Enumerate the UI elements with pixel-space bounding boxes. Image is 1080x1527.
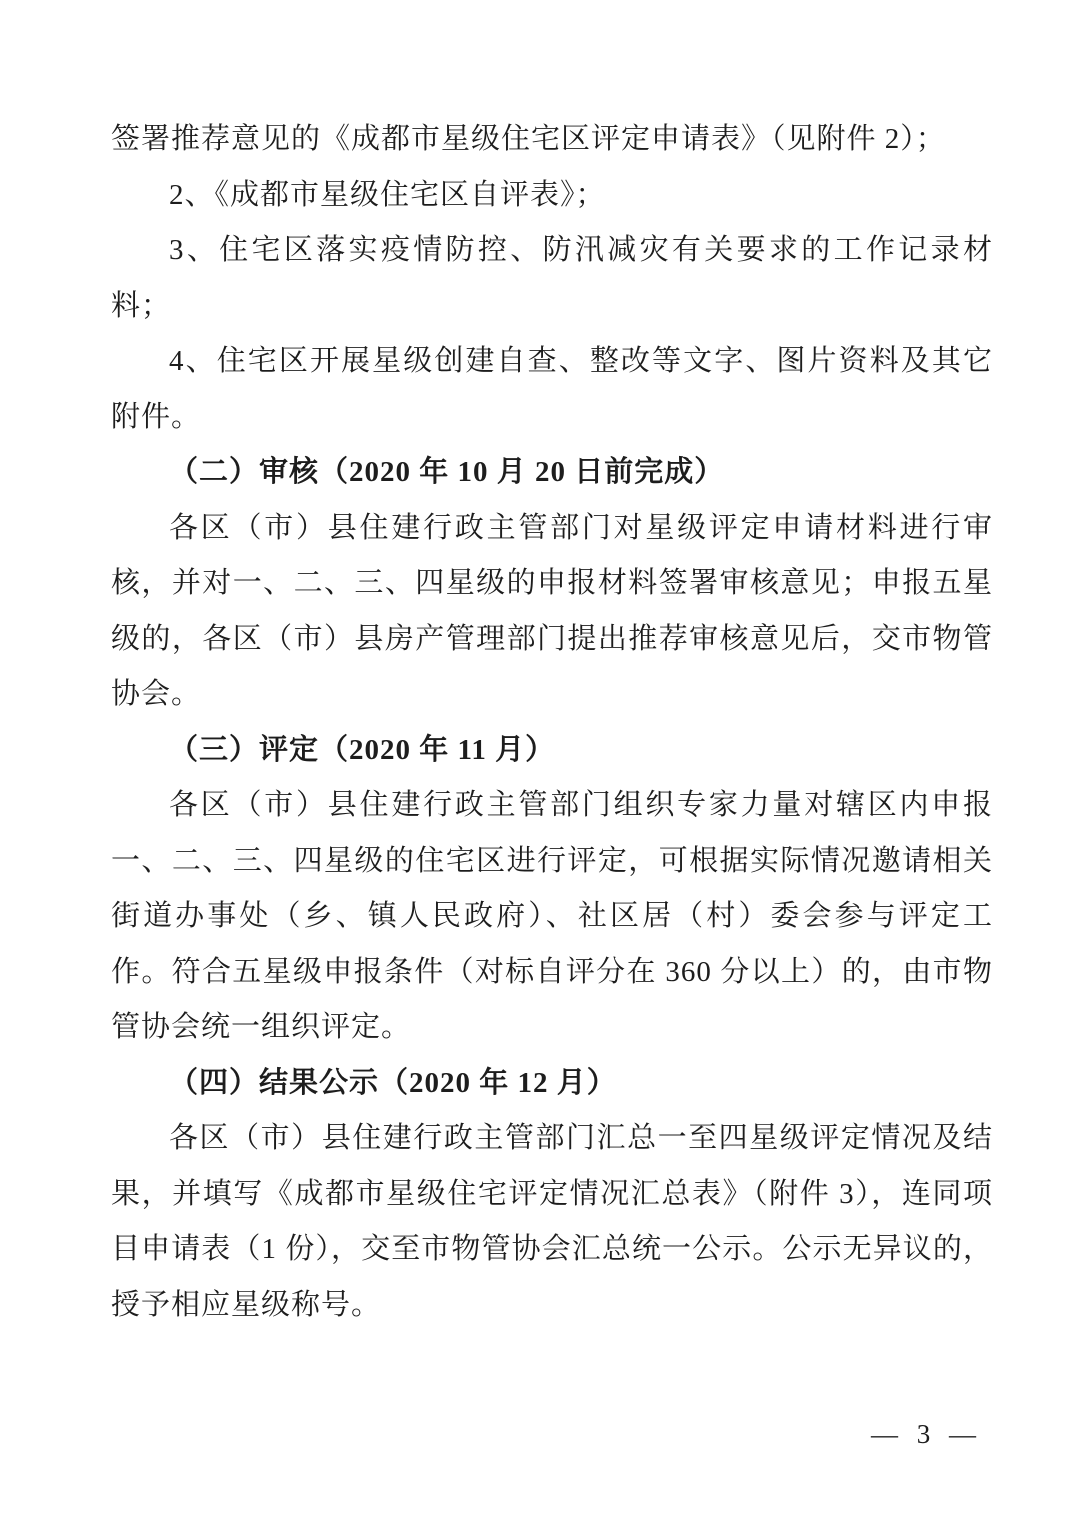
document-page: 签署推荐意见的《成都市星级住宅区评定申请表》（见附件 2）； 2、《成都市星级住… bbox=[0, 0, 1080, 1527]
paragraph-result-publicity-detail: 各区（市）县住建行政主管部门汇总一至四星级评定情况及结果，并填写《成都市星级住宅… bbox=[111, 1111, 993, 1333]
section-heading-audit: （二）审核（2020 年 10 月 20 日前完成） bbox=[111, 445, 993, 501]
section-heading-result-publicity: （四）结果公示（2020 年 12 月） bbox=[111, 1056, 993, 1112]
paragraph-continuation: 签署推荐意见的《成都市星级住宅区评定申请表》（见附件 2）； bbox=[111, 112, 993, 168]
list-item-3-work-records: 3、住宅区落实疫情防控、防汛减灾有关要求的工作记录材料； bbox=[111, 223, 993, 334]
page-number: — 3 — bbox=[871, 1416, 978, 1452]
list-item-4-other-attachments: 4、住宅区开展星级创建自查、整改等文字、图片资料及其它附件。 bbox=[111, 334, 993, 445]
paragraph-evaluation-detail: 各区（市）县住建行政主管部门组织专家力量对辖区内申报一、二、三、四星级的住宅区进… bbox=[111, 778, 993, 1056]
section-heading-evaluation: （三）评定（2020 年 11 月） bbox=[111, 723, 993, 779]
list-item-2-self-evaluation-form: 2、《成都市星级住宅区自评表》； bbox=[111, 168, 993, 224]
document-body: 签署推荐意见的《成都市星级住宅区评定申请表》（见附件 2）； 2、《成都市星级住… bbox=[111, 112, 993, 1333]
paragraph-audit-detail: 各区（市）县住建行政主管部门对星级评定申请材料进行审核，并对一、二、三、四星级的… bbox=[111, 501, 993, 723]
